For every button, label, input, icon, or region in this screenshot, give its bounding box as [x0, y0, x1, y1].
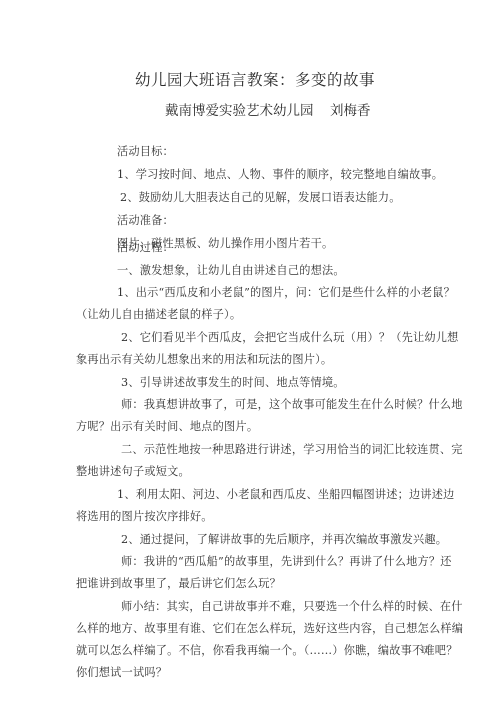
paragraph-line: 1、利用太阳、河边、小老鼠和西瓜皮、坐船四幅图讲述；边讲述边	[117, 488, 455, 502]
goal-item-2: 2、鼓励幼儿大胆表达自己的见解，发展口语表达能力。	[120, 191, 401, 205]
paragraph-line: 你们想试一试吗？	[76, 666, 167, 680]
section-heading-goals: 活动目标：	[117, 145, 174, 159]
school-name: 戴南博爱实验艺术幼儿园	[165, 99, 314, 119]
paragraph-line: 2、通过提问，了解讲故事的先后顺序，并再次编故事激发兴趣。	[121, 533, 447, 547]
paragraph-line: 么样的地方、故事里有谁、它们在怎么样玩，选好这些内容，自己想怎么样编	[76, 622, 463, 636]
paragraph-line: 将选用的图片按次序排好。	[76, 510, 213, 524]
paragraph-line: 把谁讲到故事里了，最后讲它们怎么玩？	[76, 577, 281, 591]
document-title: 幼儿园大班语言教案：多变的故事	[0, 68, 500, 90]
section-heading-process: 活动过程：	[117, 241, 174, 255]
goal-item-1: 1、学习按时间、地点、人物、事件的顺序，较完整地自编故事。	[117, 168, 443, 182]
paragraph-line: 象再出示有关幼儿想象出来的用法和玩法的图片）。	[76, 353, 332, 367]
page-number: 1	[420, 646, 426, 656]
process-step-1-heading: 一、激发想象，让幼儿自由讲述自己的想法。	[117, 264, 345, 278]
paragraph-line: 整地讲述句子或短文。	[76, 465, 190, 479]
document-page: 幼儿园大班语言教案：多变的故事 戴南博爱实验艺术幼儿园 刘梅香 活动目标： 1、…	[0, 0, 500, 708]
paragraph-line: 2、它们看见半个西瓜皮，会把它当成什么玩（用）？（先让幼儿想	[121, 331, 459, 345]
paragraph-line: 师：我讲的“西瓜船”的故事里，先讲到什么？再讲了什么地方？还	[121, 555, 452, 569]
paragraph-line: 师：我真想讲故事了，可是，这个故事可能发生在什么时候？什么地	[121, 398, 463, 412]
paragraph-line: 方呢？出示有关时间、地点的图片。	[76, 420, 258, 434]
paragraph-line: 1、出示“西瓜皮和小老鼠”的图片，问：它们是些什么样的小老鼠？	[117, 286, 455, 300]
process-step-2-heading: 二、示范性地按一种思路进行讲述，学习用恰当的词汇比较连贯、完	[121, 443, 463, 457]
paragraph-line: 就可以怎么样编了。不信，你看我再编一个。（……）你瞧，编故事不难吧？	[76, 644, 458, 658]
section-heading-preparation: 活动准备：	[117, 214, 174, 228]
paragraph-line: 3、引导讲述故事发生的时间、地点等情境。	[121, 376, 345, 390]
paragraph-line: 师小结：其实，自己讲故事并不难，只要选一个什么样的时候、在什	[121, 600, 463, 614]
author-name: 刘梅香	[330, 99, 371, 119]
paragraph-line: （让幼儿自由描述老鼠的样子）。	[76, 308, 241, 322]
